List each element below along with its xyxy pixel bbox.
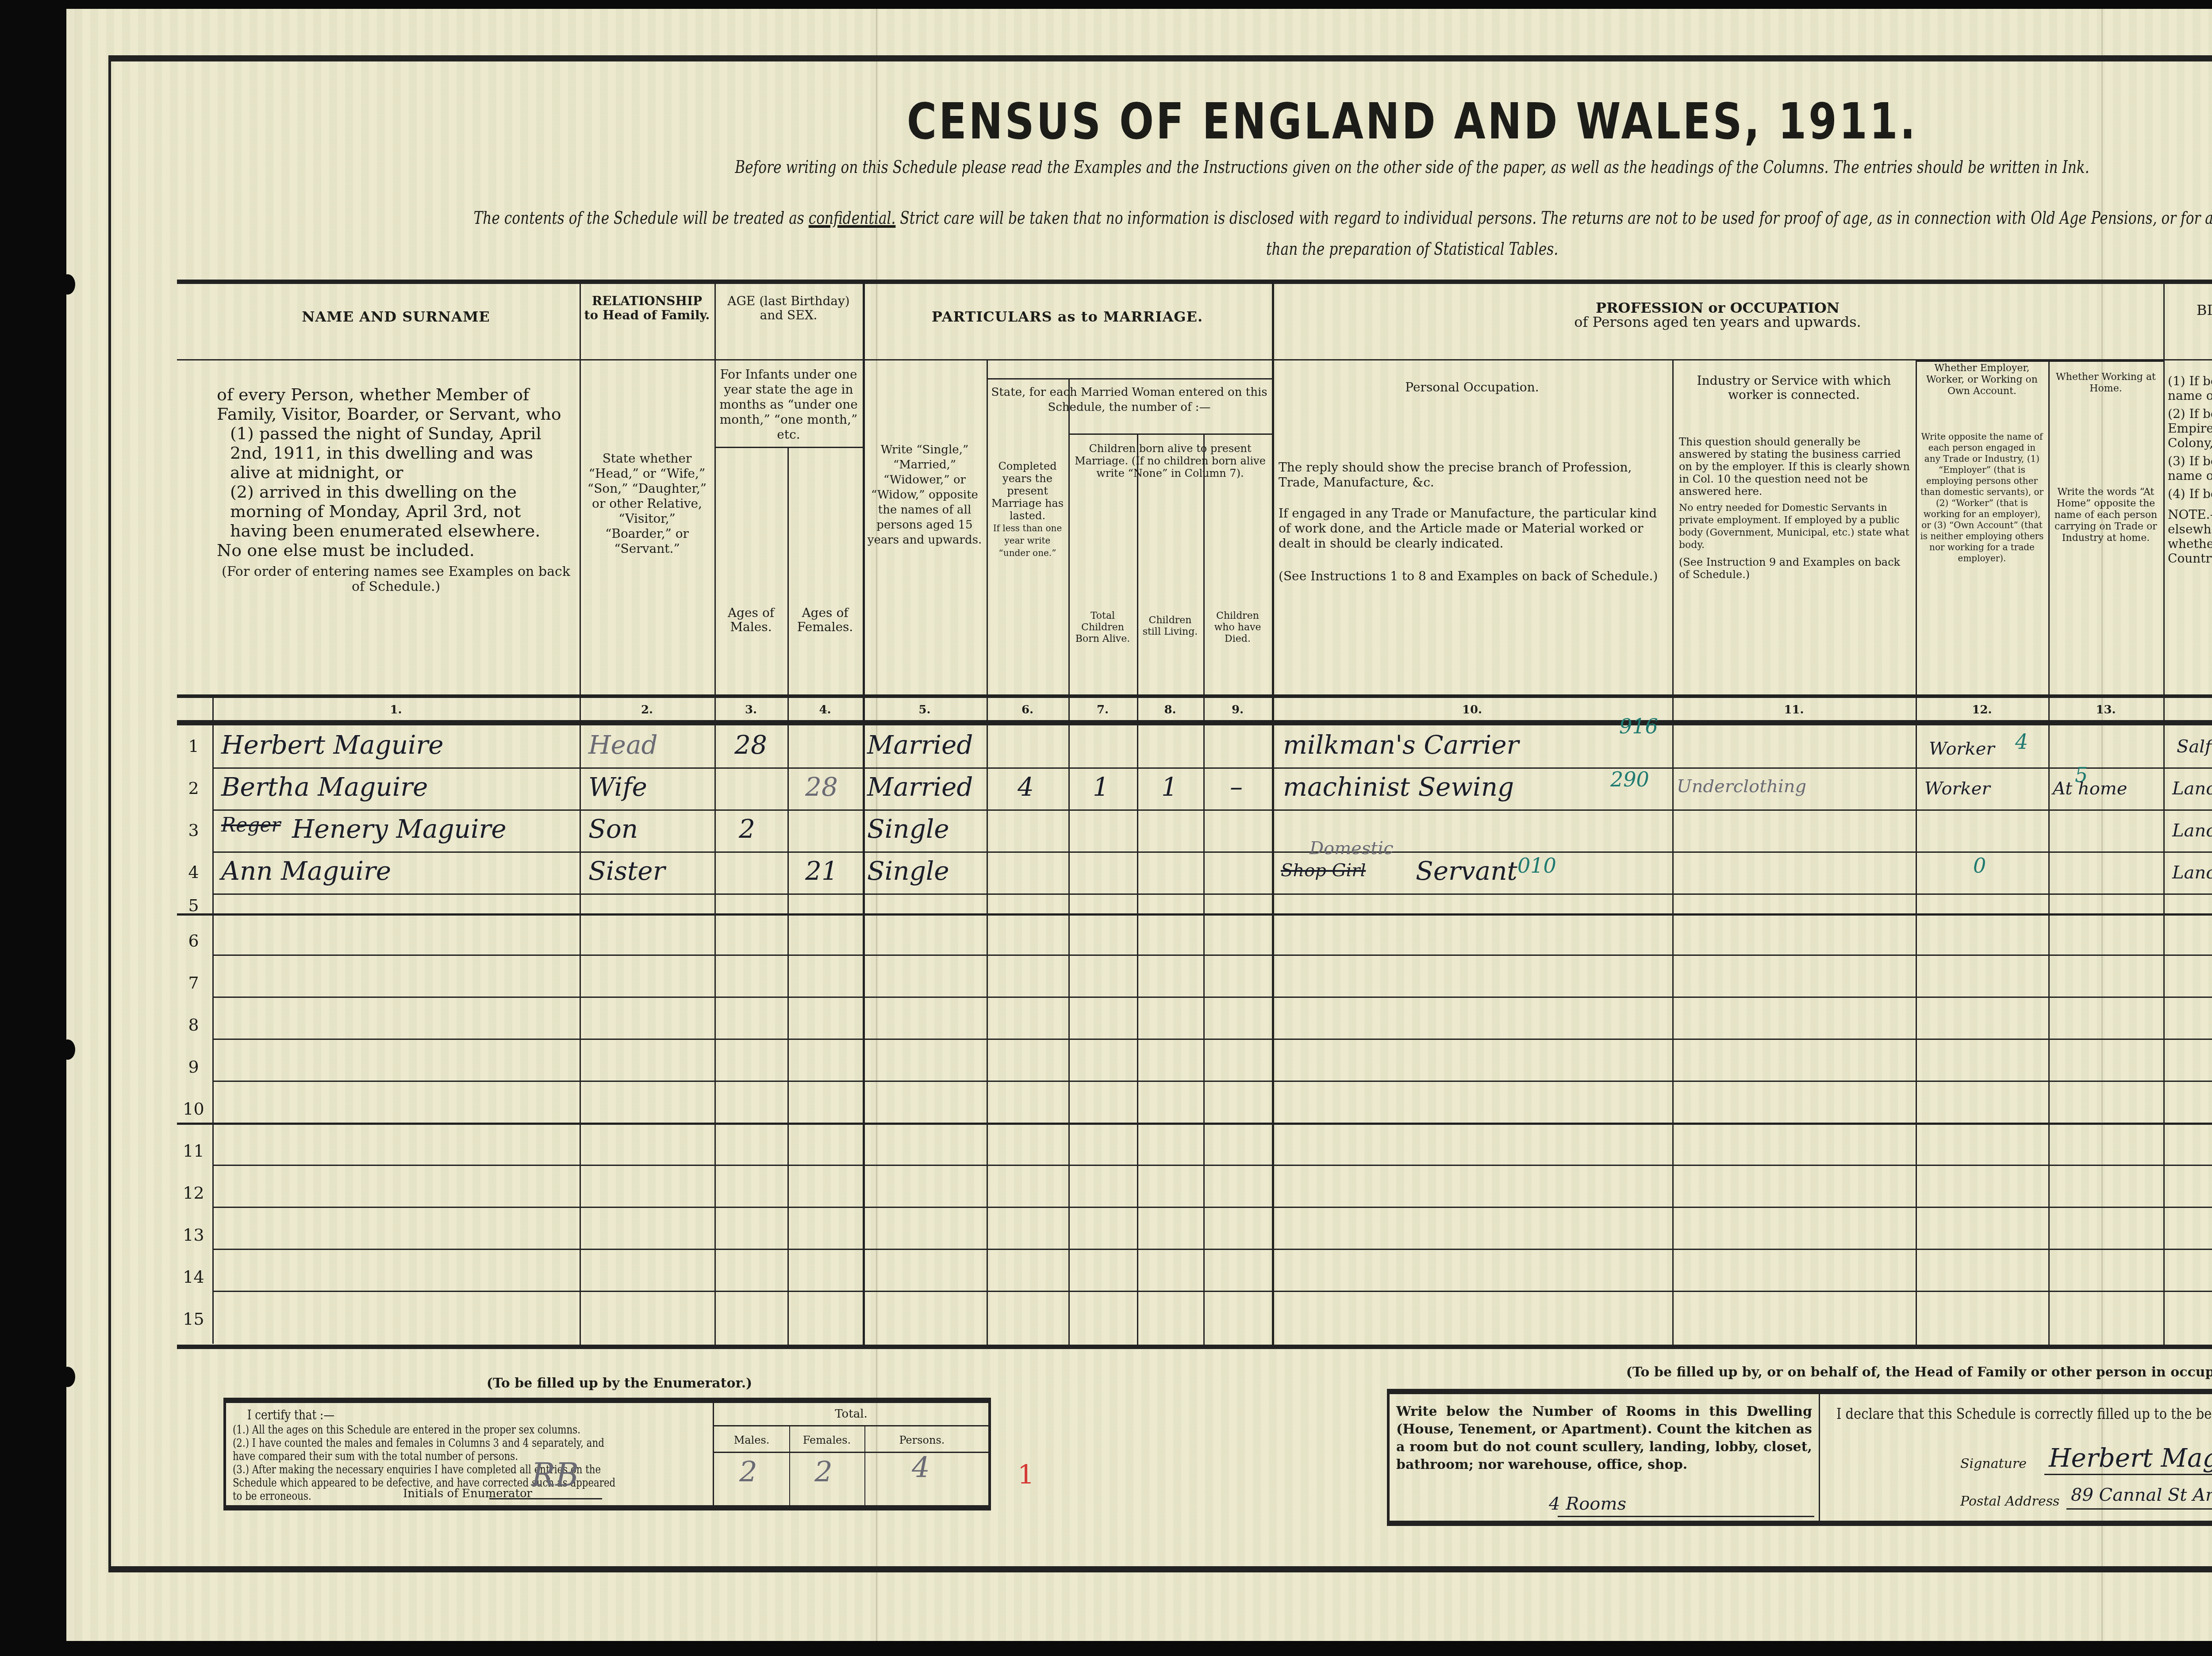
persons-label: Persons.: [864, 1434, 979, 1446]
col-number: 9.: [1203, 703, 1272, 717]
total-rule: [714, 1425, 988, 1426]
col2-description: State whether “Head,” or “Wife,” “Son,” …: [580, 451, 714, 556]
row-rule: [212, 1291, 2212, 1292]
col-number: 12.: [1916, 703, 2048, 717]
row-number: 11: [177, 1141, 210, 1161]
col2-title: RELATIONSHIP to Head of Family.: [580, 294, 714, 322]
total-sub-rule: [714, 1452, 988, 1453]
col-number: 10.: [1272, 703, 1672, 717]
row-number: 8: [177, 1015, 210, 1035]
occupation-title: PROFESSION or OCCUPATION of Persons aged…: [1272, 301, 2163, 329]
row-number: 10: [177, 1099, 210, 1119]
page-title: CENSUS OF ENGLAND AND WALES, 1911.: [254, 93, 2212, 150]
punch-hole: [60, 1039, 75, 1060]
col11-description: This question should generally be answer…: [1674, 436, 1916, 581]
col7-title: Total Children Born Alive.: [1068, 610, 1137, 645]
age-title: AGE (last Birthday) and SEX.: [714, 294, 863, 322]
relationship-cell[interactable]: Sister: [588, 856, 665, 886]
col-number: 2.: [580, 703, 714, 717]
industry-cell[interactable]: Underclothing: [1677, 776, 1806, 797]
totals-col-divider: [864, 1425, 865, 1505]
rooms-instruction: Write below the Number of Rooms in this …: [1396, 1403, 1812, 1474]
occupation-code: 010: [1517, 854, 1556, 878]
name-cell[interactable]: Bertha Maguire: [221, 772, 428, 802]
col-number: 14.: [2163, 703, 2212, 717]
row-number: 1: [177, 736, 210, 756]
col-divider: [1272, 283, 1274, 1345]
col-divider: [1068, 378, 1070, 1345]
signature-line: [2044, 1474, 2212, 1475]
children-died-cell[interactable]: –: [1230, 772, 1243, 802]
occupation-code: 290: [1610, 767, 1649, 791]
red-check-mark: 1: [1018, 1460, 1034, 1491]
row-rule: [212, 997, 2212, 998]
instruction-statistical: than the preparation of Statistical Tabl…: [311, 239, 2212, 259]
persons-total[interactable]: 4: [912, 1452, 930, 1484]
relationship-cell[interactable]: Son: [588, 814, 638, 844]
confidential-word: confidential.: [809, 208, 896, 228]
occupation-cell[interactable]: Servant: [1416, 856, 1517, 886]
row-number: 7: [177, 973, 210, 993]
col-divider: [1137, 433, 1138, 1345]
children-born-cell[interactable]: 1: [1093, 772, 1109, 802]
row-number: 2: [177, 778, 210, 798]
age-female-cell[interactable]: 21: [805, 856, 838, 886]
relationship-cell[interactable]: Wife: [588, 772, 647, 802]
col-number: 11.: [1672, 703, 1916, 717]
table-bottom-rule: [177, 1345, 2212, 1349]
name-cell[interactable]: Herbert Maguire: [221, 730, 444, 760]
row-number: 6: [177, 931, 210, 951]
row-rule: [212, 954, 2212, 956]
row-rule: [212, 809, 2212, 811]
row-number: 3: [177, 820, 210, 840]
row-number-divider: [212, 698, 214, 1344]
females-total[interactable]: 2: [814, 1456, 833, 1489]
address-label: Postal Address: [1960, 1494, 2059, 1509]
col9-title: Children who have Died.: [1203, 610, 1272, 645]
children-living-cell[interactable]: 1: [1161, 772, 1178, 802]
table-top-rule: [177, 280, 2212, 284]
col-number: 6.: [987, 703, 1068, 717]
marriage-cell[interactable]: Married: [867, 730, 973, 760]
row-rule: [212, 893, 2212, 895]
col13-description: Write the words “At Home” opposite the n…: [2048, 487, 2163, 544]
declaration-text: I declare that this Schedule is correctl…: [1836, 1405, 2212, 1423]
row-rule: [212, 1207, 2212, 1208]
marriage-cell[interactable]: Single: [867, 814, 949, 844]
relationship-cell[interactable]: Head: [588, 730, 658, 760]
row-number: 5: [177, 896, 210, 915]
col10-description: The reply should show the precise branch…: [1274, 460, 1672, 584]
col-divider: [580, 283, 581, 1345]
head-of-family-box: Write below the Number of Rooms in this …: [1387, 1389, 2212, 1526]
totals-col-divider: [789, 1425, 790, 1505]
males-total[interactable]: 2: [739, 1456, 757, 1489]
instruction-confidential: The contents of the Schedule will be tre…: [302, 208, 2212, 228]
married-woman-description: State, for each Married Woman entered on…: [987, 385, 1272, 415]
col5-description: Write “Single,” “Married,” “Widower,” or…: [863, 442, 987, 548]
row-number: 14: [177, 1267, 210, 1287]
row-rule: [212, 851, 2212, 853]
punch-hole: [60, 1367, 75, 1387]
col11-title: Industry or Service with which worker is…: [1672, 374, 1916, 402]
address-line: [2066, 1508, 2212, 1510]
initials-value[interactable]: RB: [531, 1456, 579, 1493]
row-rule-thick: [177, 913, 2212, 916]
col-divider: [1203, 433, 1205, 1345]
years-married-cell[interactable]: 4: [1018, 772, 1034, 802]
birthplace-cell[interactable]: Salford Manchester: [2177, 736, 2212, 757]
col4-title: Ages of Females.: [787, 606, 863, 634]
col1-title: NAME AND SURNAME: [212, 310, 580, 324]
rooms-line: [1558, 1516, 1814, 1517]
marriage-cell[interactable]: Single: [867, 856, 949, 886]
col14-description: (1) If born in the United Kingdom, write…: [2163, 374, 2212, 566]
employer-cell[interactable]: Worker: [1924, 778, 1990, 799]
age-description: For Infants under one year state the age…: [714, 367, 863, 442]
initials-line: [489, 1498, 602, 1499]
signature-value[interactable]: Herbert Maguire: [2049, 1443, 2212, 1473]
col12-title: Whether Employer, Worker, or Working on …: [1916, 363, 2048, 397]
age-male-cell[interactable]: 28: [734, 730, 767, 760]
occupation-insert: Domestic: [1310, 838, 1394, 859]
row-number: 13: [177, 1225, 210, 1245]
row-rule: [212, 767, 2212, 769]
col-divider: [714, 283, 716, 1345]
occupation-cell[interactable]: milkman's Carrier: [1283, 730, 1519, 760]
marriage-cell[interactable]: Married: [867, 772, 973, 802]
col-number: 3.: [714, 703, 787, 717]
males-label: Males.: [714, 1434, 789, 1446]
punch-hole: [60, 274, 75, 295]
row-number: 9: [177, 1057, 210, 1077]
col3-title: Ages of Males.: [714, 606, 787, 634]
instruction-ink: Before writing on this Schedule please r…: [311, 157, 2212, 177]
head-of-family-heading: (To be filled up by, or on behalf of, th…: [1371, 1365, 2212, 1380]
enumerator-heading: (To be filled up by the Enumerator.): [177, 1376, 1062, 1391]
married-woman-rule: [987, 378, 1272, 379]
col-number: 13.: [2048, 703, 2163, 717]
children-rule: [1068, 433, 1272, 435]
age-male-cell[interactable]: 2: [739, 814, 755, 844]
birthplace-cell[interactable]: Lancs Manchester: [2172, 820, 2212, 841]
col1-description: of every Person, whether Member of Famil…: [212, 385, 580, 594]
employer-cell[interactable]: Worker: [1929, 739, 1995, 759]
col-number: 1.: [212, 703, 580, 717]
females-label: Females.: [789, 1434, 864, 1446]
row-rule: [212, 1039, 2212, 1040]
col-number: 7.: [1068, 703, 1137, 717]
col13-title: Whether Working at Home.: [2048, 372, 2163, 395]
col6-description: Completed years the present Marriage has…: [987, 460, 1068, 559]
children-description: Children born alive to present Marriage.…: [1068, 442, 1272, 479]
occupation-code: 916: [1619, 714, 1658, 738]
enumerator-box: I certify that :— (1.) All the ages on t…: [223, 1398, 991, 1510]
col-number: 8.: [1137, 703, 1203, 717]
total-label: Total.: [714, 1407, 988, 1421]
birthplace-title: BIRTHPLACE of every person.: [2163, 303, 2212, 317]
row-number: 15: [177, 1309, 210, 1329]
birthplace-cell[interactable]: Lancs Salford Manchester: [2172, 862, 2212, 883]
name-cell[interactable]: Henery Maguire: [292, 814, 507, 844]
col-divider: [787, 447, 789, 1345]
head-box-divider: [1819, 1394, 1820, 1521]
name-cell[interactable]: Ann Maguire: [221, 856, 391, 886]
marriage-title: PARTICULARS as to MARRIAGE.: [863, 310, 1272, 324]
col10-title: Personal Occupation.: [1272, 380, 1672, 395]
col-number: 4.: [787, 703, 863, 717]
age-female-cell[interactable]: 28: [805, 772, 838, 802]
employer-code: 0: [1973, 854, 1986, 878]
row-rule: [212, 1249, 2212, 1250]
col12-description: Write opposite the name of each person e…: [1916, 431, 2048, 564]
occupation-cell[interactable]: machinist Sewing: [1283, 772, 1514, 802]
employer-code: 4: [2015, 730, 2028, 754]
address-value[interactable]: 89 Cannal St Ancoats M/c: [2071, 1485, 2212, 1505]
header-divider: [177, 359, 2212, 360]
col-number: 5.: [863, 703, 987, 717]
data-start-rule: [177, 720, 2212, 725]
birthplace-cell[interactable]: Lancs Manchester: [2172, 778, 2212, 799]
occupation-struck: Shop Girl: [1281, 860, 1366, 881]
employer-rule: [1916, 360, 2163, 362]
row-rule-thick: [177, 1123, 2212, 1125]
row-rule: [212, 1165, 2212, 1166]
row-rule: [212, 1081, 2212, 1082]
row-number: 4: [177, 862, 210, 882]
at-home-cell[interactable]: At home: [2053, 778, 2127, 799]
row-number: 12: [177, 1183, 210, 1203]
col8-title: Children still Living.: [1137, 615, 1203, 638]
signature-label: Signature: [1960, 1456, 2027, 1472]
rooms-value[interactable]: 4 Rooms: [1549, 1494, 1626, 1514]
column-number-rule: [177, 694, 2212, 698]
name-struck-cell: Reger: [221, 814, 280, 836]
